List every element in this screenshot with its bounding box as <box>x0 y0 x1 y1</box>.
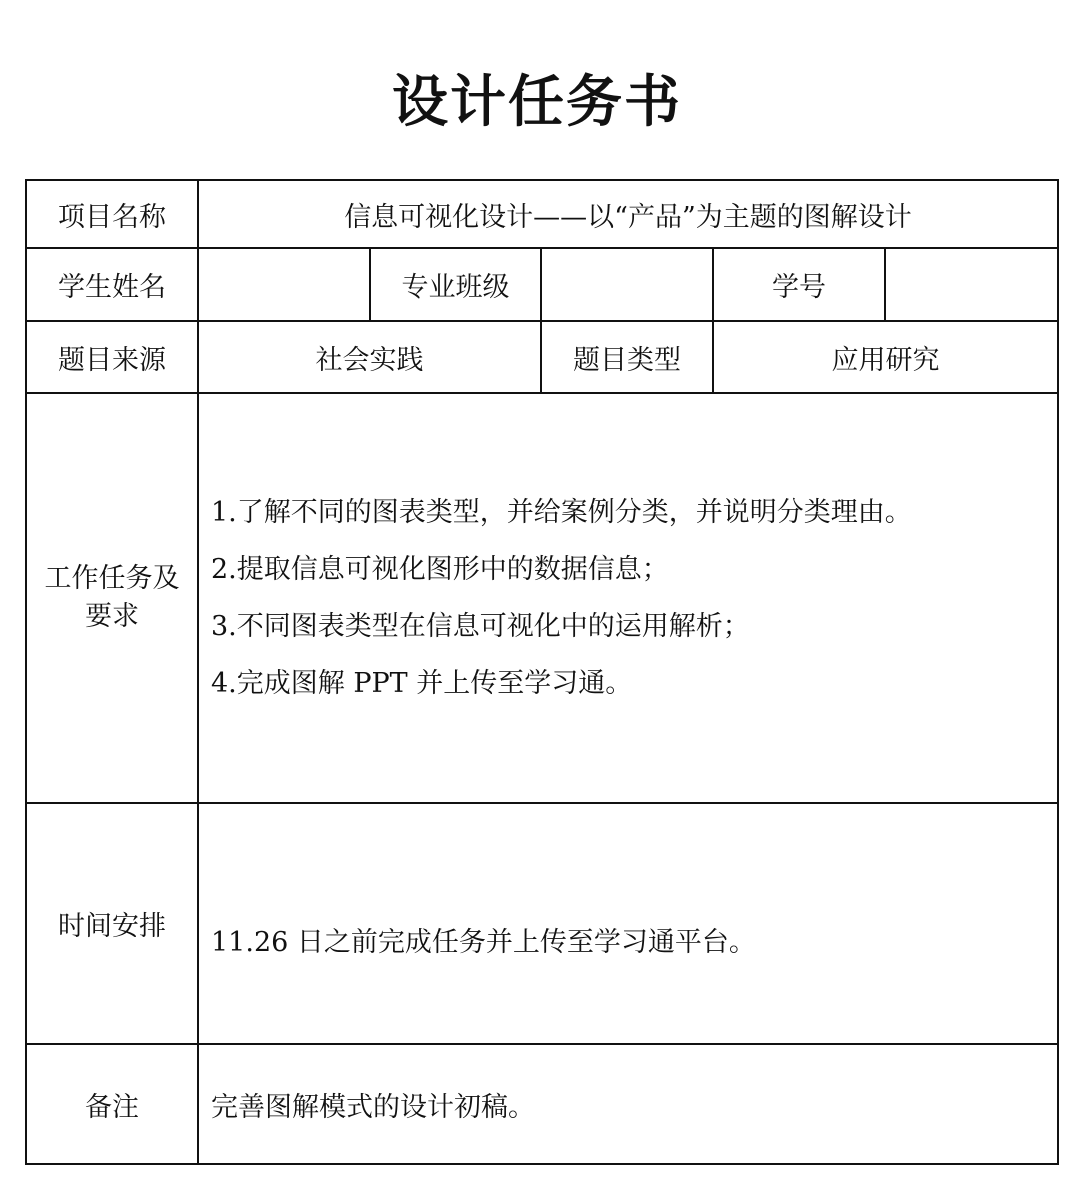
topic-source-label: 题目来源 <box>26 321 198 393</box>
schedule-value: 11.26 日之前完成任务并上传至学习通平台。 <box>198 803 1058 1044</box>
task-item: 3.不同图表类型在信息可视化中的运用解析； <box>211 598 1057 655</box>
student-id-value[interactable] <box>885 248 1058 321</box>
topic-type-value: 应用研究 <box>713 321 1058 393</box>
row-tasks: 工作任务及 要求 1.了解不同的图表类型，并给案例分类，并说明分类理由。 2.提… <box>26 393 1058 803</box>
remarks-label: 备注 <box>26 1044 198 1164</box>
tasks-content: 1.了解不同的图表类型，并给案例分类，并说明分类理由。 2.提取信息可视化图形中… <box>198 393 1058 803</box>
student-name-label: 学生姓名 <box>26 248 198 321</box>
topic-type-label: 题目类型 <box>541 321 713 393</box>
topic-source-value: 社会实践 <box>198 321 541 393</box>
row-project-name: 项目名称 信息可视化设计——以“产品”为主题的图解设计 <box>26 180 1058 248</box>
row-remarks: 备注 完善图解模式的设计初稿。 <box>26 1044 1058 1164</box>
document-title: 设计任务书 <box>0 62 1074 142</box>
tasks-label-line2: 要求 <box>27 598 197 636</box>
task-item: 4.完成图解 PPT 并上传至学习通。 <box>211 655 1057 712</box>
remarks-value: 完善图解模式的设计初稿。 <box>198 1044 1058 1164</box>
task-item: 1.了解不同的图表类型，并给案例分类，并说明分类理由。 <box>211 484 1057 541</box>
row-schedule: 时间安排 11.26 日之前完成任务并上传至学习通平台。 <box>26 803 1058 1044</box>
task-table: 项目名称 信息可视化设计——以“产品”为主题的图解设计 学生姓名 专业班级 学号… <box>25 179 1059 1165</box>
student-name-value[interactable] <box>198 248 370 321</box>
row-topic: 题目来源 社会实践 题目类型 应用研究 <box>26 321 1058 393</box>
project-name-value: 信息可视化设计——以“产品”为主题的图解设计 <box>198 180 1058 248</box>
task-item: 2.提取信息可视化图形中的数据信息； <box>211 541 1057 598</box>
row-student-info: 学生姓名 专业班级 学号 <box>26 248 1058 321</box>
tasks-label-line1: 工作任务及 <box>27 560 197 598</box>
tasks-label: 工作任务及 要求 <box>26 393 198 803</box>
project-name-label: 项目名称 <box>26 180 198 248</box>
student-id-label: 学号 <box>713 248 885 321</box>
major-class-label: 专业班级 <box>370 248 541 321</box>
major-class-value[interactable] <box>541 248 713 321</box>
schedule-label: 时间安排 <box>26 803 198 1044</box>
